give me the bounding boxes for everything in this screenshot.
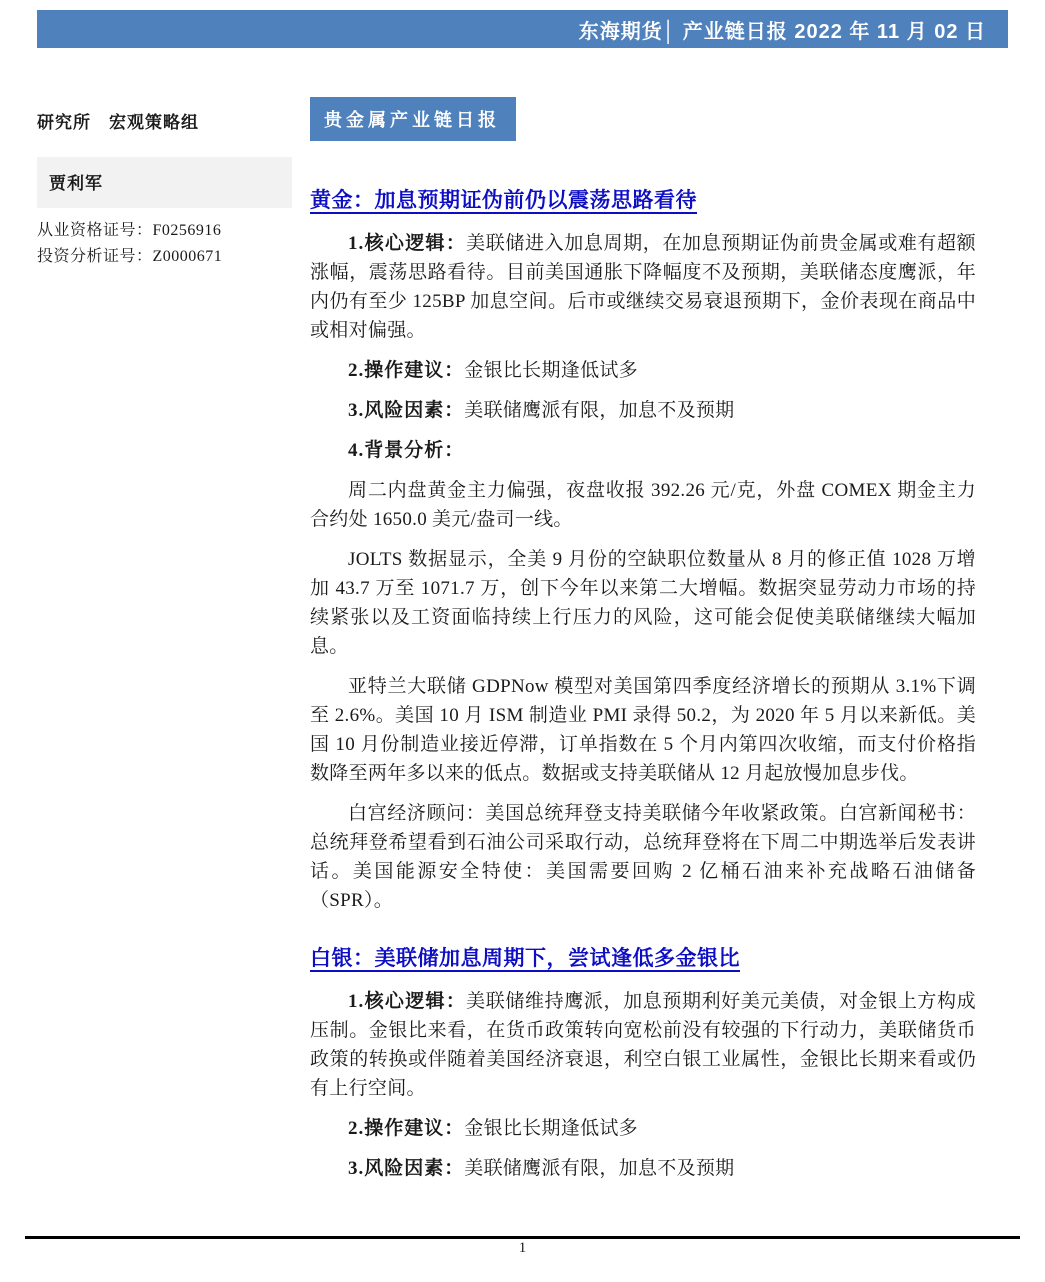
- section-silver: 白银：美联储加息周期下，尝试逢低多金银比 1.核心逻辑：美联储维持鹰派，加息预期…: [310, 945, 976, 1183]
- list-item: 2.操作建议：金银比长期逢低试多: [310, 356, 976, 385]
- paragraph: 周二内盘黄金主力偏强，夜盘收报 392.26 元/克，外盘 COMEX 期金主力…: [310, 476, 976, 534]
- list-item: 1.核心逻辑：美联储维持鹰派，加息预期利好美元美债，对金银上方构成压制。金银比来…: [310, 987, 976, 1103]
- credential-value: F0256916: [153, 222, 222, 239]
- credential-value: Z0000671: [153, 248, 223, 265]
- item-label: 1.核心逻辑：: [348, 991, 466, 1012]
- sidebar: 研究所宏观策略组 贾利军 从业资格证号：F0256916 投资分析证号：Z000…: [37, 108, 292, 270]
- item-label: 3.风险因素：: [348, 1158, 464, 1179]
- paragraph: 亚特兰大联储 GDPNow 模型对美国第四季度经济增长的预期从 3.1%下调至 …: [310, 672, 976, 788]
- department-label: 研究所: [37, 113, 91, 132]
- credential-row: 投资分析证号：Z0000671: [37, 244, 292, 270]
- department-line: 研究所宏观策略组: [37, 108, 292, 133]
- team-label: 宏观策略组: [109, 113, 199, 132]
- paragraph: 白宫经济顾问：美国总统拜登支持美联储今年收紧政策。白宫新闻秘书：总统拜登希望看到…: [310, 799, 976, 915]
- footer-rule: [25, 1236, 1020, 1239]
- item-label: 4.背景分析：: [348, 440, 464, 461]
- section-gold: 黄金：加息预期证伪前仍以震荡思路看待 1.核心逻辑：美联储进入加息周期，在加息预…: [310, 187, 976, 915]
- header-title: 东海期货│ 产业链日报 2022 年 11 月 02 日: [579, 15, 986, 44]
- credential-row: 从业资格证号：F0256916: [37, 218, 292, 244]
- item-text: 金银比长期逢低试多: [464, 360, 638, 381]
- item-label: 1.核心逻辑：: [348, 233, 466, 254]
- item-text: 金银比长期逢低试多: [464, 1118, 638, 1139]
- list-item: 2.操作建议：金银比长期逢低试多: [310, 1114, 976, 1143]
- page-number: 1: [0, 1240, 1045, 1257]
- report-banner: 贵金属产业链日报: [310, 97, 516, 141]
- report-page: 东海期货│ 产业链日报 2022 年 11 月 02 日 研究所宏观策略组 贾利…: [0, 0, 1045, 1282]
- header-bar: 东海期货│ 产业链日报 2022 年 11 月 02 日: [37, 10, 1008, 48]
- report-body: 贵金属产业链日报 黄金：加息预期证伪前仍以震荡思路看待 1.核心逻辑：美联储进入…: [310, 97, 976, 1194]
- list-item: 4.背景分析：: [310, 436, 976, 465]
- section-heading-gold: 黄金：加息预期证伪前仍以震荡思路看待: [310, 187, 976, 213]
- paragraph: JOLTS 数据显示，全美 9 月份的空缺职位数量从 8 月的修正值 1028 …: [310, 545, 976, 661]
- credential-label: 投资分析证号：: [37, 248, 153, 265]
- item-label: 2.操作建议：: [348, 1118, 464, 1139]
- section-heading-silver: 白银：美联储加息周期下，尝试逢低多金银比: [310, 945, 976, 971]
- item-text: 美联储鹰派有限，加息不及预期: [464, 400, 734, 421]
- item-text: 美联储鹰派有限，加息不及预期: [464, 1158, 734, 1179]
- analyst-name: 贾利军: [49, 174, 103, 193]
- analyst-box: 贾利军: [37, 157, 292, 208]
- list-item: 3.风险因素：美联储鹰派有限，加息不及预期: [310, 396, 976, 425]
- list-item: 1.核心逻辑：美联储进入加息周期，在加息预期证伪前贵金属或难有超额涨幅，震荡思路…: [310, 229, 976, 345]
- credential-label: 从业资格证号：: [37, 222, 153, 239]
- list-item: 3.风险因素：美联储鹰派有限，加息不及预期: [310, 1154, 976, 1183]
- item-label: 3.风险因素：: [348, 400, 464, 421]
- item-label: 2.操作建议：: [348, 360, 464, 381]
